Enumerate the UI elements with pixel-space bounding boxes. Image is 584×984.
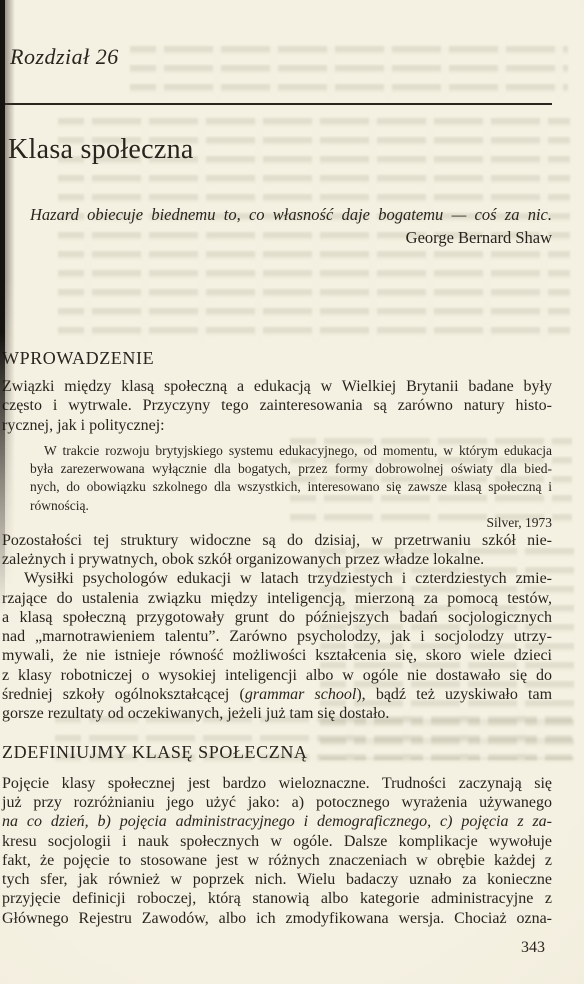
text-line: rzające do ustalenia związku między inte… <box>2 589 552 608</box>
epigraph-quote: Hazard obiecuje biednemu to, co własność… <box>2 203 552 226</box>
text-line: była zarezerwowana wyłącznie dla bogatyc… <box>30 460 552 478</box>
text-line: nych, do obowiązku szkolnego dla wszystk… <box>30 478 552 496</box>
scan-edge-shadow-soft <box>5 0 15 620</box>
text-line: średniej szkoły ogólnokształcącej (gramm… <box>2 685 552 704</box>
paragraph: Pozostałości tej struktury widoczne są d… <box>2 531 552 570</box>
epigraph: Hazard obiecuje biednemu to, co własność… <box>2 203 552 249</box>
book-page-scan: Rozdział 26 Klasa społeczna Hazard obiec… <box>0 0 584 984</box>
text-line: równością. <box>30 497 552 515</box>
text-line: Głównego Rejestru Zawodów, albo ich zmod… <box>2 909 552 928</box>
paragraph: Związki między klasą społeczną a edukacj… <box>2 377 552 435</box>
text-line: Pojęcie klasy społecznej jest bardzo wie… <box>2 774 552 793</box>
text-line: mywali, że nie istnieje równość możliwoś… <box>2 646 552 665</box>
paragraph: Wysiłki psychologów edukacji w latach tr… <box>2 569 552 723</box>
page-title: Klasa społeczna <box>8 133 552 167</box>
text-line: często i wytrwale. Przyczyny tego zainte… <box>2 396 552 415</box>
blockquote-attribution: Silver, 1973 <box>2 515 552 531</box>
text-line: Wysiłki psychologów edukacji w latach tr… <box>2 569 552 588</box>
text-line: rycznej, jak i politycznej: <box>2 416 552 435</box>
text-line: Związki między klasą społeczną a edukacj… <box>2 377 552 396</box>
text-line: a klasą społeczną przygotowały grunt do … <box>2 608 552 627</box>
text-line: z klasy robotniczej o wysokiej inteligen… <box>2 666 552 685</box>
section-heading-zdefiniujmy: ZDEFINIUJMY KLASĘ SPOŁECZNĄ <box>2 742 552 762</box>
text-line: na co dzień, b) pojęcia administracyjneg… <box>2 812 552 831</box>
epigraph-author: George Bernard Shaw <box>2 226 552 249</box>
page-content: Rozdział 26 Klasa społeczna Hazard obiec… <box>0 44 584 958</box>
text-line: nad „marnotrawieniem talentu”. Zarówno p… <box>2 627 552 646</box>
text-line: Pozostałości tej struktury widoczne są d… <box>2 531 552 550</box>
text-line: zależnych i prywatnych, obok szkół organ… <box>2 550 552 569</box>
page-number: 343 <box>2 938 552 958</box>
paragraph: Pojęcie klasy społecznej jest bardzo wie… <box>2 774 552 928</box>
section-heading-wprowadzenie: WPROWADZENIE <box>2 348 552 368</box>
chapter-label: Rozdział 26 <box>10 44 552 70</box>
text-line: już przy rozróżnianiu jego użyć jako: a)… <box>2 793 552 812</box>
text-line: fakt, że pojęcie to stosowane jest w róż… <box>2 851 552 870</box>
text-line: gorsze rezultaty od oczekiwanych, jeżeli… <box>2 704 552 723</box>
blockquote: W trakcie rozwoju brytyjskiego systemu e… <box>2 442 552 515</box>
text-line: tych sfer, jak również w poprzek nich. W… <box>2 870 552 889</box>
text-line: kresu socjologii i nauk społecznych w og… <box>2 832 552 851</box>
text-line: przyjęcie definicji roboczej, którą stan… <box>2 889 552 908</box>
text-line: W trakcie rozwoju brytyjskiego systemu e… <box>30 442 552 460</box>
horizontal-rule <box>2 103 552 105</box>
